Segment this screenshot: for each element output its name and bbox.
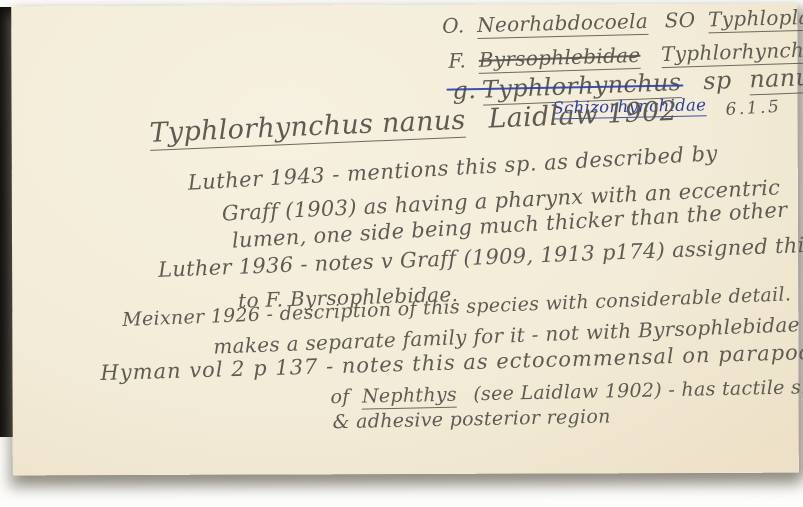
nephthys-taxon: Nephthys [362, 384, 458, 410]
card-title: Typhlorhynchus nanus Laidlaw 1902 [149, 96, 678, 149]
genus-prefix: g. [452, 76, 477, 105]
suborder-prefix: SO [664, 8, 695, 33]
species-name: nanus [749, 63, 803, 96]
card-photo: O. Neorhabdocoela SO Typhloplanoida F. B… [0, 0, 803, 507]
nephthys-post: (see Laidlaw 1902) - has tactile snout [473, 375, 803, 405]
family-crossed-out: Byrsophlebidae [478, 43, 640, 74]
note-hyman-line3: & adhesive posterior region [332, 405, 610, 433]
nephthys-pre: of [330, 386, 350, 408]
index-card: O. Neorhabdocoela SO Typhloplanoida F. B… [11, 4, 799, 476]
family-prefix: F. [448, 48, 466, 73]
species-prefix: sp [703, 66, 732, 95]
suborder-name: Typhloplanoida [708, 3, 803, 33]
title-species: Typhlorhynchus nanus [149, 105, 466, 151]
order-name: Neorhabdocoela [477, 9, 649, 39]
title-authority: Laidlaw 1902 [488, 96, 678, 135]
header-order-line: O. Neorhabdocoela SO Typhloplanoida [442, 3, 803, 37]
order-prefix: O. [442, 13, 465, 38]
note-hyman-line2: of Nephthys (see Laidlaw 1902) - has tac… [330, 375, 803, 408]
catalog-number: 6.1.5 [725, 97, 782, 120]
